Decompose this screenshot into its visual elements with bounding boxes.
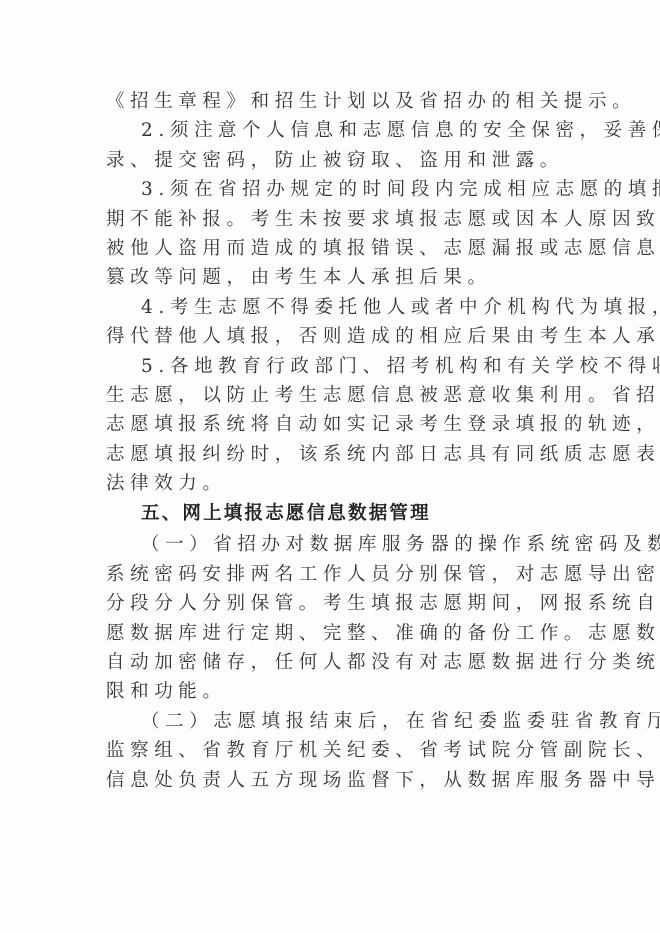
list-item-4-line: 4.考生志愿不得委托他人或者中介机构代为填报，也不 (106, 293, 560, 322)
text-line: 篡改等问题，由考生本人承担后果。 (106, 263, 560, 292)
text-line: 得代替他人填报，否则造成的相应后果由考生本人承担。 (106, 322, 560, 351)
list-item-2-line: 2.须注意个人信息和志愿信息的安全保密，妥善保管登 (106, 116, 560, 145)
text-line: 录、提交密码，防止被窃取、盗用和泄露。 (106, 146, 560, 175)
text-line: 法律效力。 (106, 469, 560, 498)
list-item-5-line: 5.各地教育行政部门、招考机构和有关学校不得收集考 (106, 352, 560, 381)
document-page: 《招生章程》和招生计划以及省招办的相关提示。 2.须注意个人信息和志愿信息的安全… (0, 0, 660, 933)
text-line: 愿数据库进行定期、完整、准确的备份工作。志愿数据实行 (106, 619, 560, 648)
text-line: 志愿填报纠纷时，该系统内部日志具有同纸质志愿表同等的 (106, 440, 560, 469)
text-line: 自动加密储存，任何人都没有对志愿数据进行分类统计的权 (106, 648, 560, 677)
text-line: 监察组、省教育厅机关纪委、省考试院分管副院长、普招处、 (106, 736, 560, 765)
text-line: 《招生章程》和招生计划以及省招办的相关提示。 (106, 87, 560, 116)
subsection-1-line: （一）省招办对数据库服务器的操作系统密码及数据库 (106, 530, 560, 559)
text-line: 被他人盗用而造成的填报错误、志愿漏报或志愿信息被他人 (106, 234, 560, 263)
text-line: 期不能补报。考生未按要求填报志愿或因本人原因致使密码 (106, 205, 560, 234)
text-line: 生志愿，以防止考生志愿信息被恶意收集利用。省招办网上 (106, 381, 560, 410)
list-item-3-line: 3.须在省招办规定的时间段内完成相应志愿的填报，逾 (106, 175, 560, 204)
text-line: 系统密码安排两名工作人员分别保管，对志愿导出密码实行 (106, 560, 560, 589)
text-line: 信息处负责人五方现场监督下，从数据库服务器中导出数据， (106, 766, 560, 795)
text-line: 志愿填报系统将自动如实记录考生登录填报的轨迹，在出现 (106, 410, 560, 439)
text-line: 分段分人分别保管。考生填报志愿期间，网报系统自动对志 (106, 589, 560, 618)
text-line: 限和功能。 (106, 677, 560, 706)
subsection-2-line: （二）志愿填报结束后，在省纪委监委驻省教育厅纪检 (106, 707, 560, 736)
section-heading: 五、网上填报志愿信息数据管理 (106, 498, 560, 530)
document-body: 《招生章程》和招生计划以及省招办的相关提示。 2.须注意个人信息和志愿信息的安全… (106, 87, 560, 795)
